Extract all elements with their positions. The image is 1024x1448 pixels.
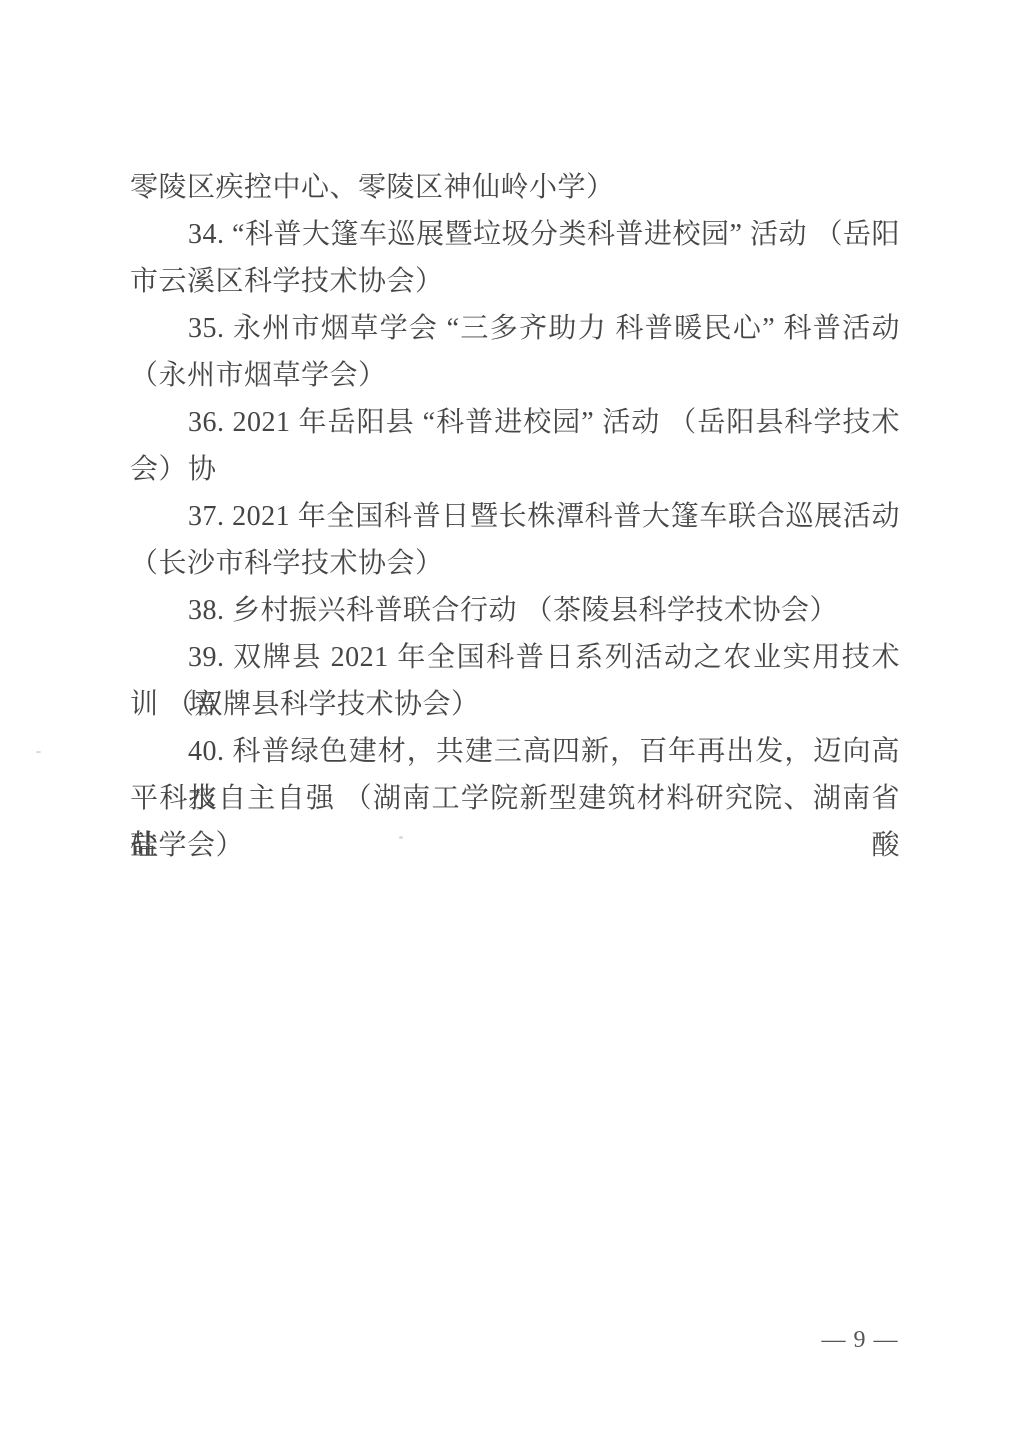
- document-line: 会）: [130, 446, 900, 493]
- document-line: 训 （双牌县科学技术协会）: [130, 681, 900, 728]
- document-line: 平科技自主自强 （湖南工学院新型建筑材料研究院、湖南省硅酸: [130, 775, 900, 822]
- document-line: 40. 科普绿色建材，共建三高四新，百年再出发，迈向高水: [130, 728, 900, 775]
- page-number: — 9 —: [810, 1326, 910, 1354]
- document-body: 零陵区疾控中心、零陵区神仙岭小学） 34. “科普大篷车巡展暨垃圾分类科普进校园…: [130, 164, 900, 869]
- document-line: 34. “科普大篷车巡展暨垃圾分类科普进校园” 活动 （岳阳: [130, 211, 900, 258]
- document-line: 35. 永州市烟草学会 “三多齐助力 科普暖民心” 科普活动: [130, 305, 900, 352]
- document-line: 36. 2021 年岳阳县 “科普进校园” 活动 （岳阳县科学技术协: [130, 399, 900, 446]
- document-line: 市云溪区科学技术协会）: [130, 258, 900, 305]
- scan-speck: [36, 751, 41, 753]
- document-line: （永州市烟草学会）: [130, 352, 900, 399]
- document-line: （长沙市科学技术协会）: [130, 540, 900, 587]
- document-line: 零陵区疾控中心、零陵区神仙岭小学）: [130, 164, 900, 211]
- document-line: 38. 乡村振兴科普联合行动 （茶陵县科学技术协会）: [130, 587, 900, 634]
- document-line: 39. 双牌县 2021 年全国科普日系列活动之农业实用技术培: [130, 634, 900, 681]
- scan-speck: [399, 836, 403, 839]
- scanned-document-page: 零陵区疾控中心、零陵区神仙岭小学） 34. “科普大篷车巡展暨垃圾分类科普进校园…: [0, 0, 1024, 1448]
- document-line: 37. 2021 年全国科普日暨长株潭科普大篷车联合巡展活动: [130, 493, 900, 540]
